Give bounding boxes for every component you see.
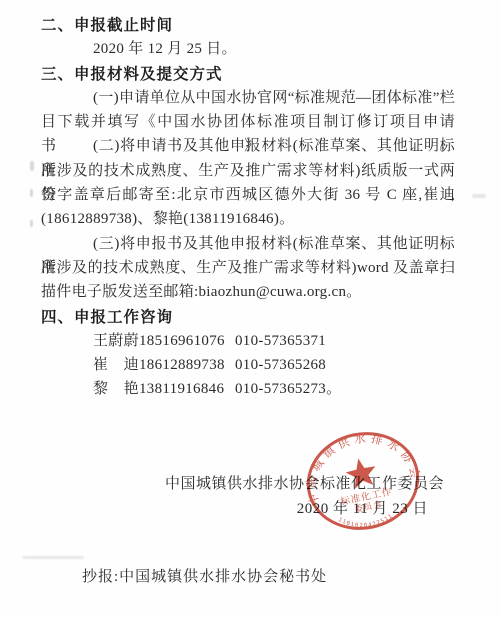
contact-name: 王蔚蔚 bbox=[93, 329, 139, 353]
contact-row: 黎 艳 13811916846 010-57365273。 bbox=[41, 377, 455, 401]
scan-artifact bbox=[30, 220, 33, 227]
section-heading-4: 四、申报工作咨询 bbox=[41, 305, 455, 329]
star-icon bbox=[343, 455, 379, 490]
contact-mobile: 18612889738 bbox=[139, 353, 235, 377]
paragraph-line: 签字盖章后邮寄至:北京市西城区德外大街 36 号 C 座,崔迪 bbox=[41, 183, 455, 207]
document-page: 二、申报截止时间 2020 年 12 月 25 日。 三、申报材料及提交方式 (… bbox=[0, 0, 500, 617]
contact-name: 黎 艳 bbox=[93, 377, 139, 401]
document-body: 二、申报截止时间 2020 年 12 月 25 日。 三、申报材料及提交方式 (… bbox=[41, 13, 455, 402]
paragraph-line: (二)将申请书及其他申报材料(标准草案、其他证明标准 bbox=[41, 134, 455, 158]
contact-row: 崔 迪 18612889738 010-57365268 bbox=[41, 353, 455, 377]
scan-artifact bbox=[472, 194, 486, 198]
contact-mobile: 18516961076 bbox=[139, 329, 235, 353]
paragraph-line: (一)申请单位从中国水协官网“标准规范—团体标准”栏 bbox=[41, 86, 455, 110]
official-seal: 中国城镇供水排水协会 标准化工作 委员会 1101020422511 bbox=[291, 416, 434, 545]
contact-phone: 010-57365273。 bbox=[235, 377, 341, 401]
section-heading-2: 二、申报截止时间 bbox=[41, 13, 455, 37]
scan-artifact bbox=[22, 556, 84, 559]
deadline-date: 2020 年 12 月 25 日。 bbox=[41, 37, 455, 61]
contact-name: 崔 迪 bbox=[93, 353, 139, 377]
contact-mobile: 13811916846 bbox=[139, 377, 235, 401]
paragraph-line: (18612889738)、黎艳(13811916846)。 bbox=[41, 207, 455, 231]
contact-row: 王蔚蔚 18516961076 010-57365371 bbox=[41, 329, 455, 353]
section-heading-3: 三、申报材料及提交方式 bbox=[41, 62, 455, 86]
scan-artifact bbox=[30, 161, 34, 171]
paragraph-line: (三)将申报书及其他申报材料(标准草案、其他证明标准 bbox=[41, 232, 455, 256]
contact-phone: 010-57365268 bbox=[235, 353, 326, 377]
email-line: 描件电子版发送至邮箱:biaozhun@cuwa.org.cn。 bbox=[41, 280, 455, 304]
contact-phone: 010-57365371 bbox=[235, 329, 326, 353]
paragraph-line: 目下载并填写《中国水协团体标准项目制订修订项目申请书》。 bbox=[41, 110, 455, 134]
cc-line: 抄报:中国城镇供水排水协会秘书处 bbox=[82, 565, 327, 586]
scan-artifact bbox=[30, 189, 33, 197]
paragraph-line: 所涉及的技术成熟度、生产及推广需求等材料)纸质版一式两份, bbox=[41, 159, 455, 183]
paragraph-line: 所涉及的技术成熟度、生产及推广需求等材料)word 及盖章扫 bbox=[41, 256, 455, 280]
